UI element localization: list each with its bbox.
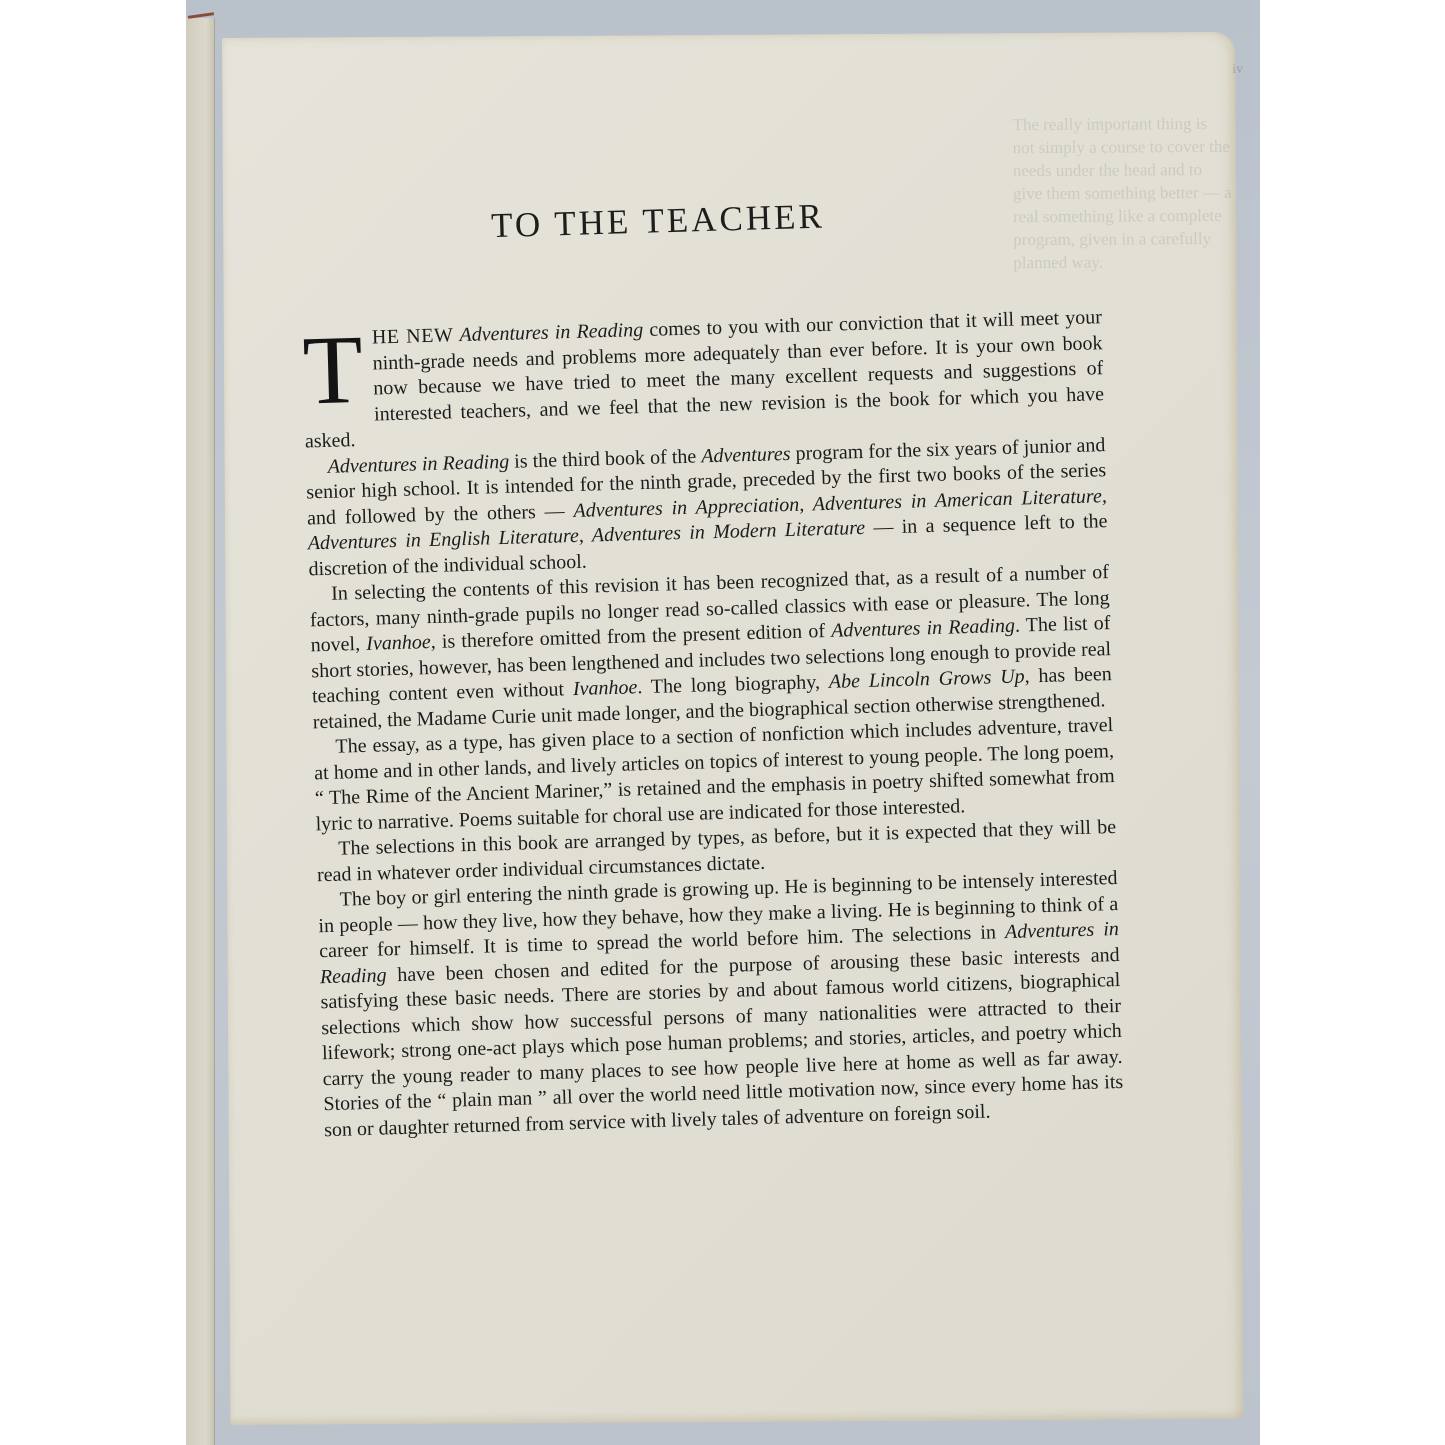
italic-title-text: Ivanhoe,: [366, 631, 436, 655]
paragraph: THE NEW Adventures in Reading comes to y…: [302, 305, 1105, 455]
italic-title-text: Adventures in Reading: [327, 450, 509, 477]
text-run: The essay, as a type, has given place to…: [314, 714, 1115, 835]
text-run: have been chosen and edited for the purp…: [320, 943, 1123, 1140]
paragraph: The boy or girl entering the ninth grade…: [317, 866, 1124, 1143]
paragraph: Adventures in Reading is the third book …: [305, 433, 1108, 583]
body-text: THE NEW Adventures in Reading comes to y…: [302, 305, 1124, 1143]
italic-title-text: Adventures in Reading: [459, 319, 643, 346]
italic-title-text: Ivanhoe: [573, 676, 638, 700]
lead-in: HE NEW: [372, 324, 454, 348]
book-page: iv The really important thing is not sim…: [222, 32, 1243, 1425]
text-run: is the third book of the: [509, 445, 702, 472]
paragraph: In selecting the contents of this revisi…: [309, 560, 1113, 735]
italic-title-text: Abe Lincoln Grows Up: [829, 665, 1025, 692]
italic-title-text: Adventures: [701, 442, 791, 466]
previous-page-edge: [186, 18, 215, 1445]
text-run: . The long biography,: [637, 671, 829, 698]
facing-page-folio: iv: [1232, 62, 1243, 78]
page-title: TO THE TEACHER: [491, 197, 826, 247]
drop-cap: T: [302, 330, 364, 412]
italic-title-text: Adventures in Reading: [831, 615, 1015, 642]
